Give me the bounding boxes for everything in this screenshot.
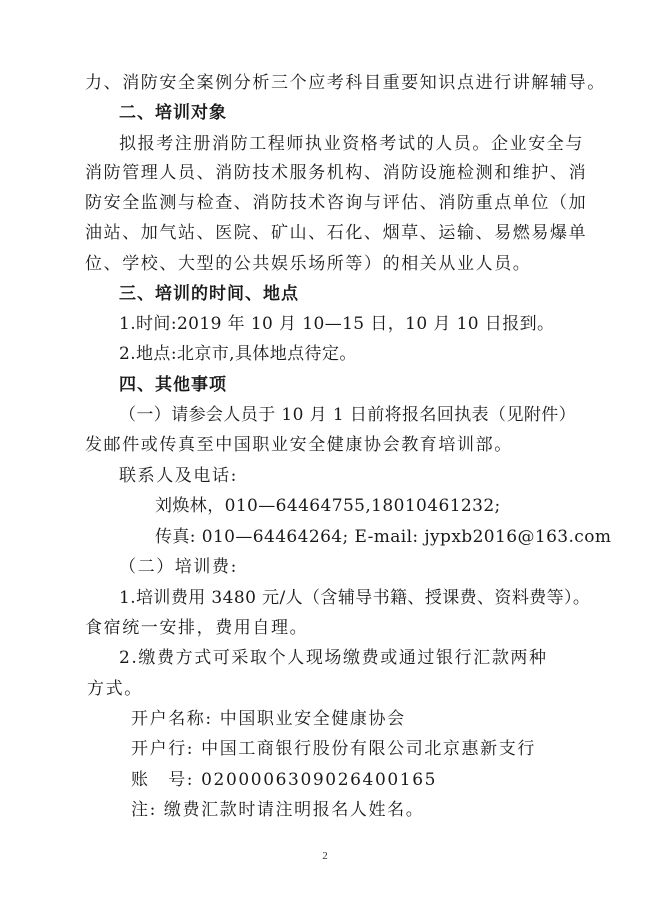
paragraph-line: 油站、加气站、医院、矿山、石化、烟草、运输、易燃易爆单 bbox=[85, 222, 595, 244]
section-heading-other-matters: 四、其他事项 bbox=[119, 374, 629, 396]
contact-label: 联系人及电话: bbox=[119, 465, 629, 487]
fee-subheading: （二）培训费: bbox=[119, 556, 629, 578]
paragraph-line: 拟报考注册消防工程师执业资格考试的人员。企业安全与 bbox=[119, 133, 629, 155]
place-line: 2.地点:北京市,具体地点待定。 bbox=[119, 343, 629, 365]
contact-phone-line: 刘焕林，010—64464755,18010461232; bbox=[155, 495, 650, 517]
bank-account-name: 开户名称: 中国职业安全健康协会 bbox=[131, 708, 641, 730]
bank-account-number: 账 号: 0200006309026400165 bbox=[131, 769, 641, 791]
payment-note: 注: 缴费汇款时请注明报名人姓名。 bbox=[131, 799, 641, 821]
document-page: 力、消防安全案例分析三个应考科目重要知识点进行讲解辅导。 二、培训对象 拟报考注… bbox=[0, 0, 650, 919]
section-heading-time-place: 三、培训的时间、地点 bbox=[119, 283, 629, 305]
section-heading-training-target: 二、培训对象 bbox=[119, 102, 629, 124]
time-line: 1.时间:2019 年 10 月 10—15 日，10 月 10 日报到。 bbox=[119, 313, 629, 335]
paragraph-line: 防安全监测与检查、消防技术咨询与评估、消防重点单位（加 bbox=[85, 192, 595, 214]
paragraph-line: 食宿统一安排，费用自理。 bbox=[85, 617, 595, 639]
payment-method-line: 2.缴费方式可采取个人现场缴费或通过银行汇款两种 bbox=[119, 647, 629, 669]
paragraph-line: 位、学校、大型的公共娱乐场所等）的相关从业人员。 bbox=[85, 253, 595, 275]
contact-fax-email-line: 传真: 010—64464264; E-mail: jypxb2016@163.… bbox=[155, 526, 650, 548]
paragraph-line: 方式。 bbox=[87, 678, 597, 700]
paragraph-line: （一）请参会人员于 10 月 1 日前将报名回执表（见附件） bbox=[119, 404, 629, 426]
paragraph-line: 发邮件或传真至中国职业安全健康协会教育培训部。 bbox=[85, 434, 595, 456]
paragraph-line: 力、消防安全案例分析三个应考科目重要知识点进行讲解辅导。 bbox=[85, 72, 595, 94]
paragraph-line: 消防管理人员、消防技术服务机构、消防设施检测和维护、消 bbox=[85, 162, 595, 184]
fee-amount-line: 1.培训费用 3480 元/人（含辅导书籍、授课费、资料费等）。 bbox=[119, 587, 629, 609]
bank-name: 开户行: 中国工商银行股份有限公司北京惠新支行 bbox=[131, 738, 641, 760]
page-number: 2 bbox=[0, 850, 650, 862]
